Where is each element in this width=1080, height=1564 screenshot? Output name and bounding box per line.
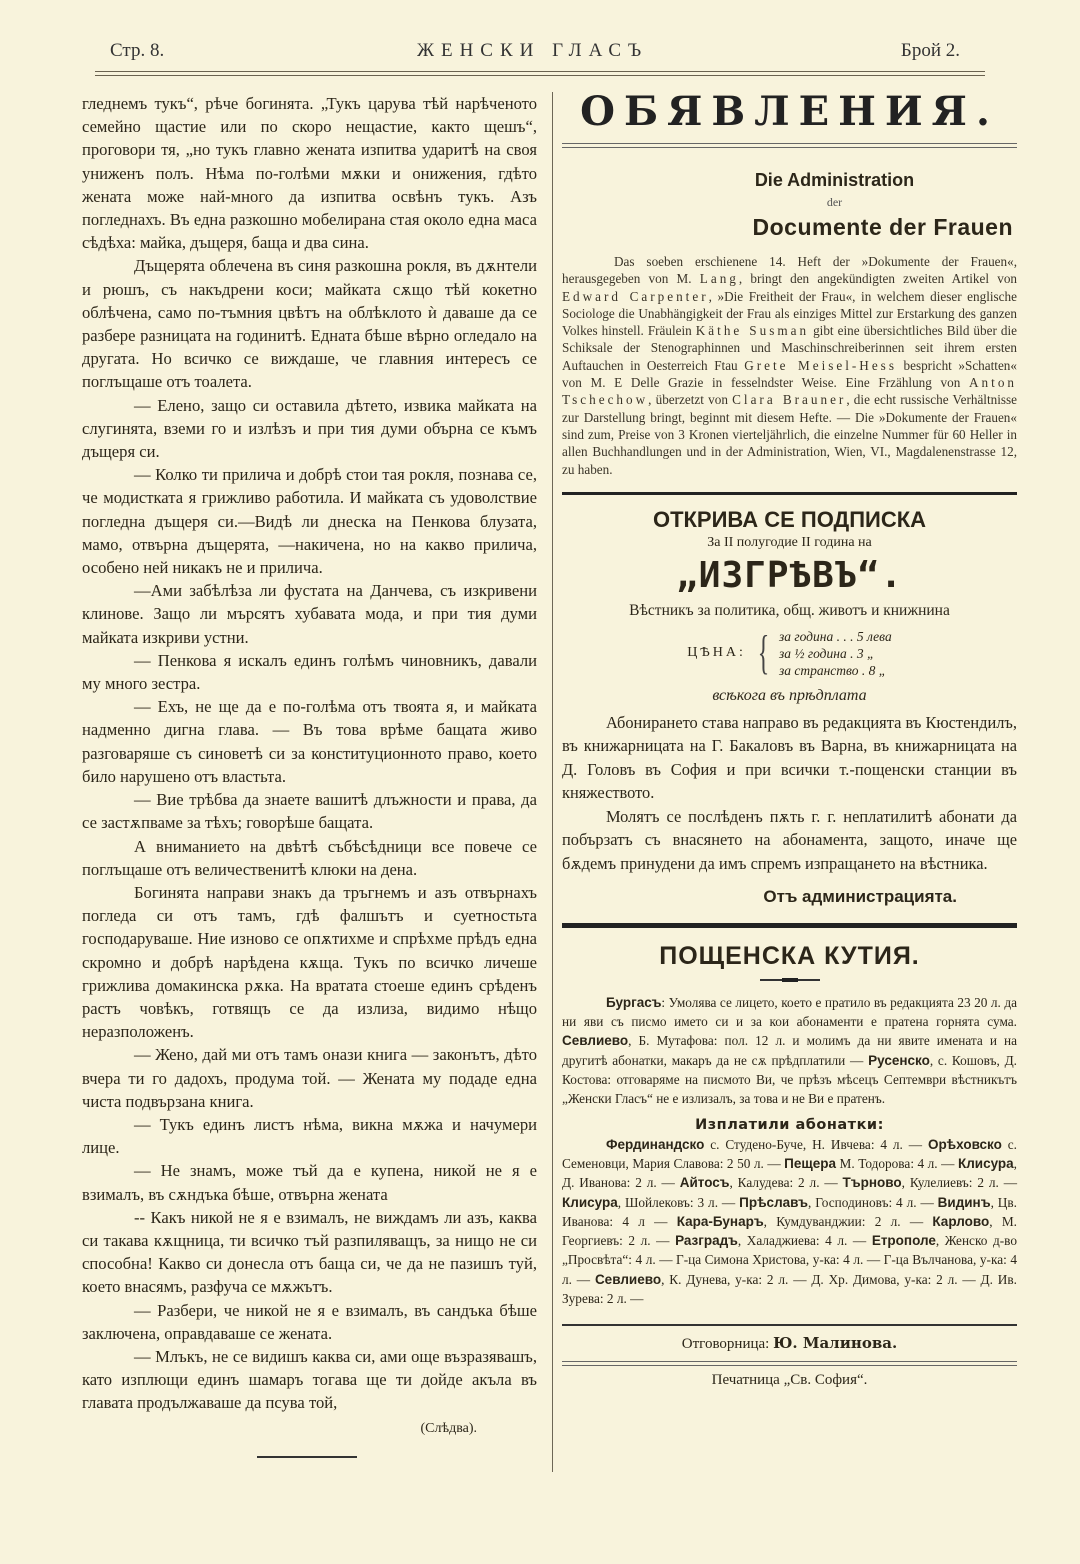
german-ad-body: Das soeben erschienene 14. Heft der »Dok… <box>562 253 1017 478</box>
story-paragraph: — Жено, дай ми отъ тамъ онази книга — за… <box>82 1043 537 1113</box>
brace-icon: { <box>758 629 770 677</box>
page-number: Стр. 8. <box>110 40 164 62</box>
paid-subscribers-list: Фердинандско с. Студено-Буче, Н. Ивчева:… <box>562 1135 1017 1309</box>
footer-double-rule <box>562 1361 1017 1366</box>
administration-notice: Абонирането става направо въ редакцията … <box>562 711 1017 909</box>
place-name: Етрополе <box>872 1233 936 1248</box>
mailbox-replies: Бургасъ: Умолява се лицето, което е прат… <box>562 993 1017 1109</box>
entry-text: М. Тодорова: 4 л. — <box>836 1156 958 1171</box>
price-year: за година . . . 5 лева <box>779 628 892 645</box>
price-half-year: за ½ година . 3 „ <box>779 645 892 662</box>
german-ad-heading: Die Administration <box>562 170 1017 191</box>
price-block: ЦѢНА: { за година . . . 5 лева за ½ годи… <box>562 628 1017 679</box>
place-name: Пещера <box>784 1156 836 1171</box>
entry-text: , Халаджиева: 4 л. — <box>738 1233 872 1248</box>
spaced-name: Edward Carpenter <box>562 289 709 304</box>
place-name: Айтосъ <box>680 1175 730 1190</box>
place-name: Севлиево <box>595 1272 661 1287</box>
notice-paragraph: Молятъ се послѣденъ пѫть г. г. неплатили… <box>562 805 1017 876</box>
german-ad-der: der <box>562 195 1017 210</box>
column-divider <box>552 92 553 1472</box>
story-column: гледнемъ тукъ“, рѣче богинята. „Тукъ цар… <box>82 92 537 1458</box>
story-paragraph: — Ехъ, не ще да е по-голѣма отъ твоята я… <box>82 695 537 788</box>
paper-name: „ИЗГРѢВЪ“. <box>562 555 1017 596</box>
story-paragraph: — Пенкова я искалъ единъ голѣмъ чиновник… <box>82 649 537 695</box>
entry-text: , Шойлековъ: 3 л. — <box>618 1195 739 1210</box>
story-paragraph: гледнемъ тукъ“, рѣче богинята. „Тукъ цар… <box>82 92 537 254</box>
prepaid-note: всѣкога въ прѣдплата <box>562 687 1017 705</box>
masthead-rule <box>95 71 985 76</box>
entry-text: , Кумдуванджии: 2 л. — <box>764 1214 933 1229</box>
spaced-name: Clara Brauner <box>732 392 846 407</box>
mailbox-section: ПОЩЕНСКА КУТИЯ. Бургасъ: Умолява се лице… <box>562 942 1017 1308</box>
printer-line: Печатница „Св. София“. <box>562 1372 1017 1389</box>
editor-name: Ю. Малинова. <box>773 1334 897 1352</box>
story-paragraph: — Млъкъ, не се видишъ каква си, ами още … <box>82 1345 537 1415</box>
place-name: Търново <box>843 1175 902 1190</box>
story-paragraph: Дъщерята облечена въ синя разкошна рокля… <box>82 254 537 393</box>
spaced-name: Grete Meisel-Hess <box>744 358 897 373</box>
ads-column: ОБЯВЛЕНИЯ. Die Administration der Docume… <box>562 86 1017 1389</box>
german-ad: Die Administration der Documente der Fra… <box>562 170 1017 478</box>
place-name: Фердинандско <box>606 1137 704 1152</box>
price-abroad: за странство . 8 „ <box>779 662 892 679</box>
end-rule <box>257 1456 357 1458</box>
footer-rule <box>562 1324 1017 1326</box>
spaced-name: Käthe Susman <box>696 323 809 338</box>
story-paragraph: Богинята направи знакъ да тръгнемъ и азъ… <box>82 881 537 1043</box>
german-ad-title: Documente der Frauen <box>562 214 1017 241</box>
place-name: Разградъ <box>675 1233 738 1248</box>
newspaper-page: Стр. 8. ЖЕНСКИ ГЛАСЪ Брой 2. гледнемъ ту… <box>0 0 1080 1564</box>
entry-text: , Господиновъ: 4 л. — <box>808 1195 938 1210</box>
place-name: Клисура <box>958 1156 1014 1171</box>
spaced-name: Lang <box>700 271 739 286</box>
place-name: Орѣховско <box>928 1137 1002 1152</box>
announcements-title: ОБЯВЛЕНИЯ. <box>562 88 1017 135</box>
editor-label: Отговорница: <box>682 1336 770 1352</box>
place-name: Севлиево <box>562 1033 628 1048</box>
notice-paragraph: Абонирането става направо въ редакцията … <box>562 711 1017 805</box>
story-paragraph: —Ами забѣлѣза ли фустата на Данчева, съ … <box>82 579 537 649</box>
subscription-ad: ОТКРИВА СЕ ПОДПИСКА За II полугодие II г… <box>562 507 1017 705</box>
subscription-heading: ОТКРИВА СЕ ПОДПИСКА <box>562 507 1017 533</box>
ad-text: , überzetzt von <box>648 392 732 407</box>
story-paragraph: — Разбери, че никой не я е взималъ, въ с… <box>82 1299 537 1345</box>
place-name: Русенско <box>868 1053 930 1068</box>
price-list: за година . . . 5 лева за ½ година . 3 „… <box>779 628 892 679</box>
paid-subscribers-heading: Изплатили абонатки: <box>562 1117 1017 1133</box>
story-paragraph: — Колко ти прилича и добрѣ стои тая рокл… <box>82 463 537 579</box>
price-label: ЦѢНА: <box>687 645 746 661</box>
story-paragraph: — Тукъ единъ листъ нѣма, викна мѫжа и на… <box>82 1113 537 1159</box>
place-name: Клисура <box>562 1195 618 1210</box>
masthead: Стр. 8. ЖЕНСКИ ГЛАСЪ Брой 2. <box>110 36 960 66</box>
story-paragraph: -- Какъ никой не я е взималъ, не виждамъ… <box>82 1206 537 1299</box>
mailbox-title: ПОЩЕНСКА КУТИЯ. <box>562 942 1017 971</box>
entry-text: с. Студено-Буче, Н. Ивчева: 4 л. — <box>704 1137 928 1152</box>
to-be-continued: (Слѣдва). <box>82 1417 537 1440</box>
entry-text: , Кулелиевъ: 2 л. — <box>902 1175 1017 1190</box>
entry-text: , Калудева: 2 л. — <box>729 1175 842 1190</box>
place-name: Бургасъ <box>606 995 661 1010</box>
place-name: Кара-Бунаръ <box>677 1214 764 1229</box>
place-name: Карлово <box>932 1214 989 1229</box>
section-rule <box>562 143 1017 148</box>
paper-tagline: Вѣстникъ за политика, общ. животъ и книж… <box>562 602 1017 620</box>
story-paragraph: — Елено, защо си оставила дѣтето, извика… <box>82 394 537 464</box>
ad-separator <box>562 492 1017 495</box>
place-name: Видинъ <box>938 1195 991 1210</box>
newspaper-title: ЖЕНСКИ ГЛАСЪ <box>417 40 648 62</box>
editor-line: Отговорница: Ю. Малинова. <box>562 1334 1017 1353</box>
ornament-rule <box>760 979 820 981</box>
story-paragraph: — Вие трѣбва да знаете вашитѣ длъжности … <box>82 788 537 834</box>
story-text: гледнемъ тукъ“, рѣче богинята. „Тукъ цар… <box>82 92 537 1415</box>
story-paragraph: А вниманието на двѣтѣ събѣсѣдници все по… <box>82 835 537 881</box>
place-name: Прѣславъ <box>739 1195 808 1210</box>
ad-text: , bringt den angekündigten zweiten Artik… <box>739 271 1017 286</box>
subscription-subheading: За II полугодие II година на <box>562 535 1017 551</box>
issue-number: Брой 2. <box>901 40 960 62</box>
mailbox-separator <box>562 923 1017 928</box>
story-paragraph: — Не знамъ, може тъй да е купена, никой … <box>82 1159 537 1205</box>
notice-signature: Отъ администрацията. <box>562 885 1017 909</box>
